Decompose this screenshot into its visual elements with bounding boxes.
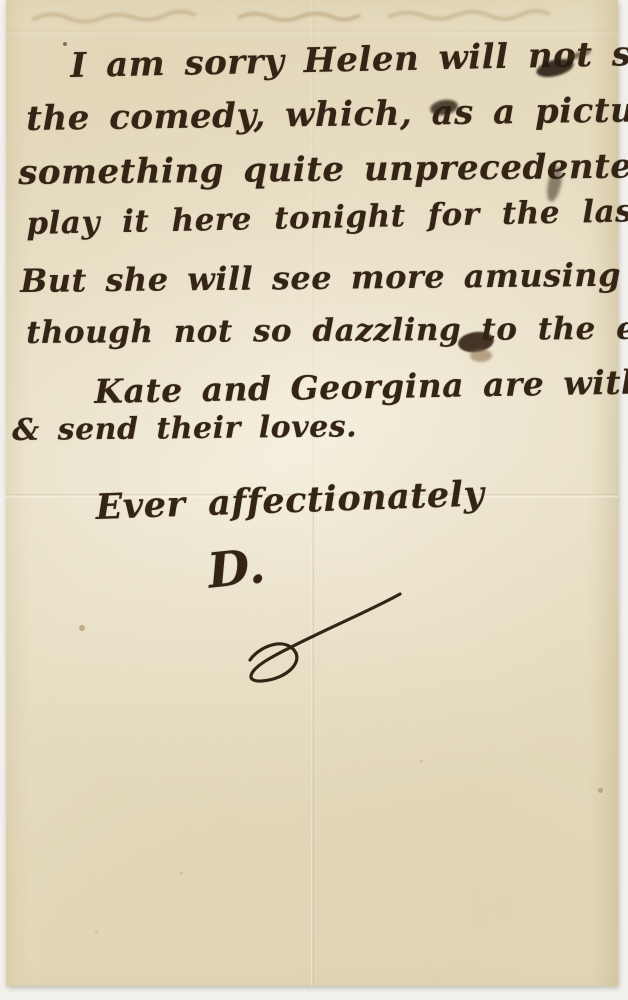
foxing-speck [95,930,98,933]
vertical-fold-crease [311,498,314,986]
ink-offset-ghost [28,4,594,34]
foxing-speck [79,625,85,631]
manuscript-line: though not so dazzling to the eye. [26,310,628,351]
scanned-letter-page: I am sorry Helen will not see the comedy… [0,0,628,1000]
foxing-speck [598,788,603,793]
manuscript-line: But she will see more amusing pieces, [20,254,628,300]
foxing-speck [180,872,183,875]
foxing-speck [420,760,423,763]
ink-smudge [470,349,492,362]
manuscript-line: something quite unprecedented. We [18,145,628,193]
signature-flourish [228,586,408,686]
manuscript-line: & send their loves. [12,409,357,448]
foxing-speck [63,42,67,46]
